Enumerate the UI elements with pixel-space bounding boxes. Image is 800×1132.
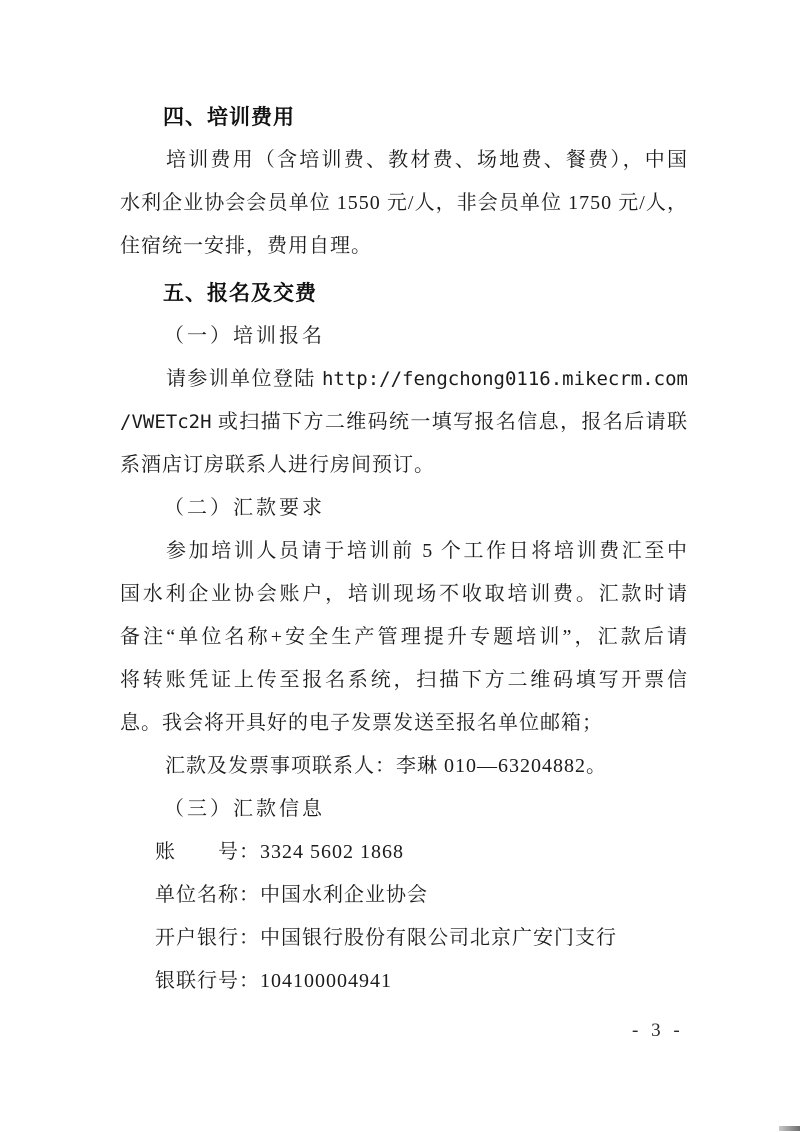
registration-url-part-1: http://fengchong0116.mikecrm.com xyxy=(322,368,688,390)
remittance-paragraph-line: 国水利企业协会账户，培训现场不收取培训费。汇款时请 xyxy=(120,573,688,616)
remittance-paragraph-line: 备注“单位名称+安全生产管理提升专题培训”，汇款后请 xyxy=(120,616,688,659)
remittance-contact-line: 汇款及发票事项联系人：李琳 010—63204882。 xyxy=(165,745,688,788)
fees-paragraph-line: 水利企业协会会员单位 1550 元/人，非会员单位 1750 元/人， xyxy=(120,182,688,225)
remittance-paragraph-line: 参加培训人员请于培训前 5 个工作日将培训费汇至中 xyxy=(120,530,688,573)
signup-instruction-text: 或扫描下方二维码统一填写报名信息，报名后请联 xyxy=(212,411,688,433)
subsection-heading-signup: （一）培训报名 xyxy=(164,315,688,358)
bank-row-label: 账 号： xyxy=(155,841,260,863)
bank-row-value: 104100004941 xyxy=(260,970,392,992)
scan-artifact-mark xyxy=(779,1126,800,1131)
signup-paragraph-line: 系酒店订房联系人进行房间预订。 xyxy=(120,444,688,487)
subsection-heading-remittance: （二）汇款要求 xyxy=(164,487,688,530)
signup-intro-text: 请参训单位登陆 xyxy=(166,368,322,390)
remittance-paragraph-line: 将转账凭证上传至报名系统，扫描下方二维码填写开票信 xyxy=(120,659,688,702)
bank-row-label: 银联行号： xyxy=(155,970,260,992)
page-number: - 3 - xyxy=(632,1020,682,1042)
registration-url-part-2: /VWETc2H xyxy=(120,411,212,433)
bank-row-value: 中国银行股份有限公司北京广安门支行 xyxy=(260,927,617,949)
section-heading-registration: 五、报名及交费 xyxy=(163,272,688,315)
remittance-paragraph-line: 息。我会将开具好的电子发票发送至报名单位邮箱； xyxy=(120,702,688,745)
bank-account-number-row: 账 号：3324 5602 1868 xyxy=(155,831,688,874)
bank-row-label: 开户银行： xyxy=(155,927,260,949)
scanned-document-page: 四、培训费用 培训费用（含培训费、教材费、场地费、餐费），中国 水利企业协会会员… xyxy=(0,0,800,1132)
bank-row-value: 3324 5602 1868 xyxy=(260,841,404,863)
bank-row-value: 中国水利企业协会 xyxy=(260,884,428,906)
fees-paragraph-line: 住宿统一安排，费用自理。 xyxy=(120,225,688,268)
signup-paragraph-line: /VWETc2H 或扫描下方二维码统一填写报名信息，报名后请联 xyxy=(120,401,688,444)
document-body: 四、培训费用 培训费用（含培训费、教材费、场地费、餐费），中国 水利企业协会会员… xyxy=(120,96,688,1003)
bank-row-label: 单位名称： xyxy=(155,884,260,906)
bank-branch-row: 开户银行：中国银行股份有限公司北京广安门支行 xyxy=(155,917,688,960)
bank-account-name-row: 单位名称：中国水利企业协会 xyxy=(155,874,688,917)
subsection-heading-bank-info: （三）汇款信息 xyxy=(164,788,688,831)
signup-paragraph-line: 请参训单位登陆 http://fengchong0116.mikecrm.com xyxy=(120,358,688,401)
section-heading-fees: 四、培训费用 xyxy=(163,96,688,139)
fees-paragraph-line: 培训费用（含培训费、教材费、场地费、餐费），中国 xyxy=(120,139,688,182)
bank-unionpay-code-row: 银联行号：104100004941 xyxy=(155,960,688,1003)
